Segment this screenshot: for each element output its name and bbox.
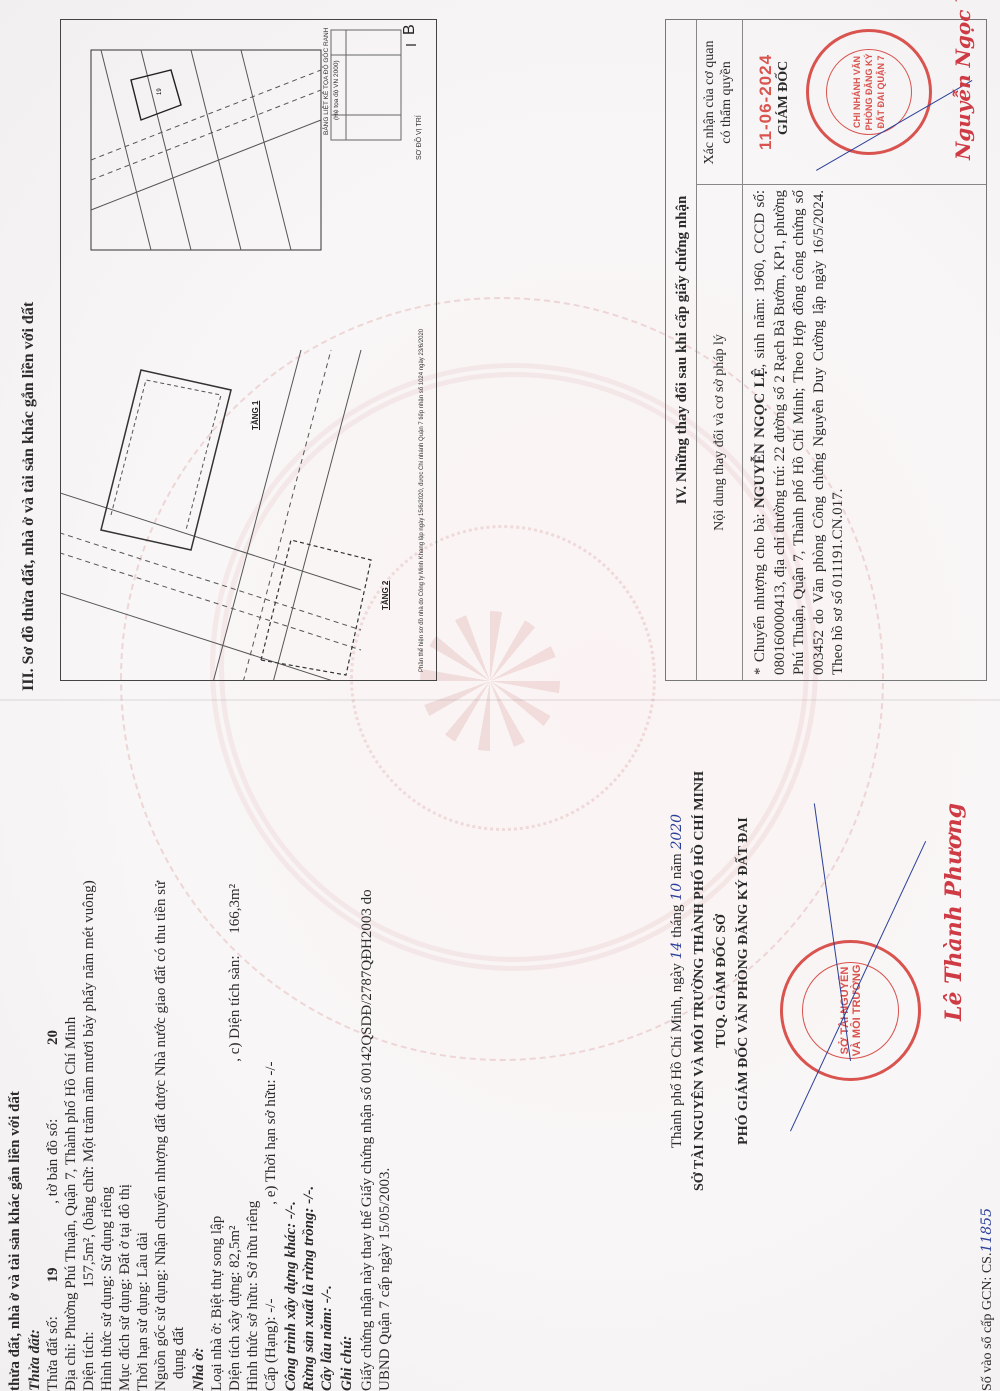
signer-name: Lê Thành Phương [945, 803, 964, 1021]
house-type: Loại nhà ở: Biệt thự song lập [208, 1216, 227, 1391]
location-parcel-number: 19 [157, 88, 163, 95]
changes-table-header: Nội dung thay đổi và cơ sở pháp lý Xác n… [696, 20, 743, 680]
confirmation-title: GIÁM ĐỐC [776, 61, 792, 135]
sign-place-date: Thành phố Hồ Chí Minh, ngày 14 tháng 10 … [668, 721, 687, 1241]
change-entry: * Chuyển nhượng cho bà: NGUYỄN NGỌC LỆ, … [751, 190, 849, 675]
document-photo: thửa đất, nhà ở và tài sản khác gắn liền… [0, 0, 1000, 1391]
parcel-row: Thửa đất số: 19 , tờ bản đồ số: 20 [44, 1030, 63, 1391]
address: Địa chỉ: Phường Phú Thuận, Quận 7, Thành… [62, 1017, 81, 1391]
confirmation-date-stamp: 11-06-2024 [756, 54, 776, 150]
notes-line: Giấy chứng nhận này thay thế Giấy chứng … [358, 889, 377, 1391]
notes-line: UBND Quận 7 cấp ngày 15/05/2003. [376, 1168, 395, 1391]
parcel-diagram: 19 BẢNG LIỆT KÊ TỌA ĐỘ GÓC RANH (Hệ tọa … [60, 19, 437, 681]
land-use-certificate-sheet: thửa đất, nhà ở và tài sản khác gắn liền… [0, 0, 1000, 1391]
issuing-authority: SỞ TÀI NGUYÊN VÀ MÔI TRƯỜNG THÀNH PHỐ HỒ… [690, 721, 709, 1241]
land-title: Thửa đất: [26, 1329, 45, 1391]
column-header-confirmation: Xác nhận của cơ quan có thẩm quyền [701, 20, 735, 185]
coord-table-subtitle: (Hệ tọa độ VN 2000) [333, 60, 340, 120]
left-page: thửa đất, nhà ở và tài sản khác gắn liền… [0, 701, 1000, 1391]
transferee-name: NGUYỄN NGỌC LỆ [752, 367, 768, 508]
production-forest: Rừng sản xuất là rừng trồng: -/-. [300, 1186, 319, 1391]
signer-title: PHÓ GIÁM ĐỐC VĂN PHÒNG ĐĂNG KÝ ĐẤT ĐAI [734, 721, 753, 1241]
use-origin-cont: dụng đất [170, 1327, 189, 1379]
sign-day: 14 [669, 942, 685, 960]
location-map-label: SƠ ĐỒ VỊ TRÍ [416, 115, 423, 160]
floor-area-value: 166,3m² [227, 884, 243, 934]
use-origin: Nguồn gốc sử dụng: Nhận chuyển nhượng đấ… [152, 881, 171, 1391]
section4-title: IV. Những thay đổi sau khi cấp giấy chứn… [674, 20, 691, 680]
map-sheet-number: 20 [45, 1030, 61, 1045]
section3-title: III. Sơ đồ thửa đất, nhà ở và tài sản kh… [20, 302, 38, 691]
section-heading: thửa đất, nhà ở và tài sản khác gắn liền… [6, 1091, 25, 1391]
authority-delegation: TUQ. GIÁM ĐỐC SỞ [712, 721, 731, 1241]
column-header-content: Nội dung thay đổi và cơ sở pháp lý [697, 184, 742, 680]
branch-seal-stamp: CHI NHÁNH VĂN PHÒNG ĐĂNG KÝ ĐẤT ĐAI QUẬN… [806, 29, 932, 155]
north-arrow-icon: B [401, 24, 419, 35]
notes-title: Ghi chú: [338, 1336, 357, 1391]
diagram-caption: Phần thể hiện sơ đồ nhà do Công ty Minh … [419, 329, 425, 672]
sign-year: 2020 [669, 814, 685, 850]
grade-row: Cấp (Hạng): -/- , e) Thời hạn sở hữu: -/… [262, 1062, 281, 1391]
area-row: Diện tích: 157,5m², (bằng chữ: Một trăm … [80, 880, 99, 1391]
perennial-trees: Cây lâu năm: -/-. [318, 1285, 337, 1391]
parcel-number: 19 [45, 1267, 61, 1282]
area-value: 157,5m², (bằng chữ: Một trăm năm mươi bả… [81, 880, 97, 1287]
confirmation-signer-name: Nguyễn Ngọc Vũ [951, 0, 975, 160]
floor2-label: TẦNG 2 [381, 581, 390, 610]
use-purpose: Mục đích sử dụng: Đất ở tại đô thị [116, 1184, 135, 1391]
column-divider [741, 184, 986, 185]
ownership-form: Hình thức sở hữu: Sở hữu riêng [244, 1201, 263, 1391]
built-area-row: Diện tích xây dựng: 82,5m² , c) Diện tíc… [226, 884, 245, 1391]
floor1-label: TẦNG 1 [251, 401, 260, 430]
house-title: Nhà ở: [190, 1348, 209, 1391]
right-page: III. Sơ đồ thửa đất, nhà ở và tài sản kh… [0, 0, 1000, 691]
registry-number: Số vào sổ cấp GCN: CS.11855 [978, 1208, 997, 1391]
changes-section: IV. Những thay đổi sau khi cấp giấy chứn… [665, 19, 987, 681]
use-form: Hình thức sử dụng: Sử dụng riêng [98, 1187, 117, 1391]
other-works: Công trình xây dựng khác: -/-. [282, 1201, 301, 1391]
use-term: Thời hạn sử dụng: Lâu dài [134, 1232, 153, 1391]
sign-month: 10 [669, 883, 685, 901]
parcel-diagram-drawing: 19 [61, 20, 436, 680]
coord-table-title: BẢNG LIỆT KÊ TỌA ĐỘ GÓC RANH [323, 28, 330, 135]
